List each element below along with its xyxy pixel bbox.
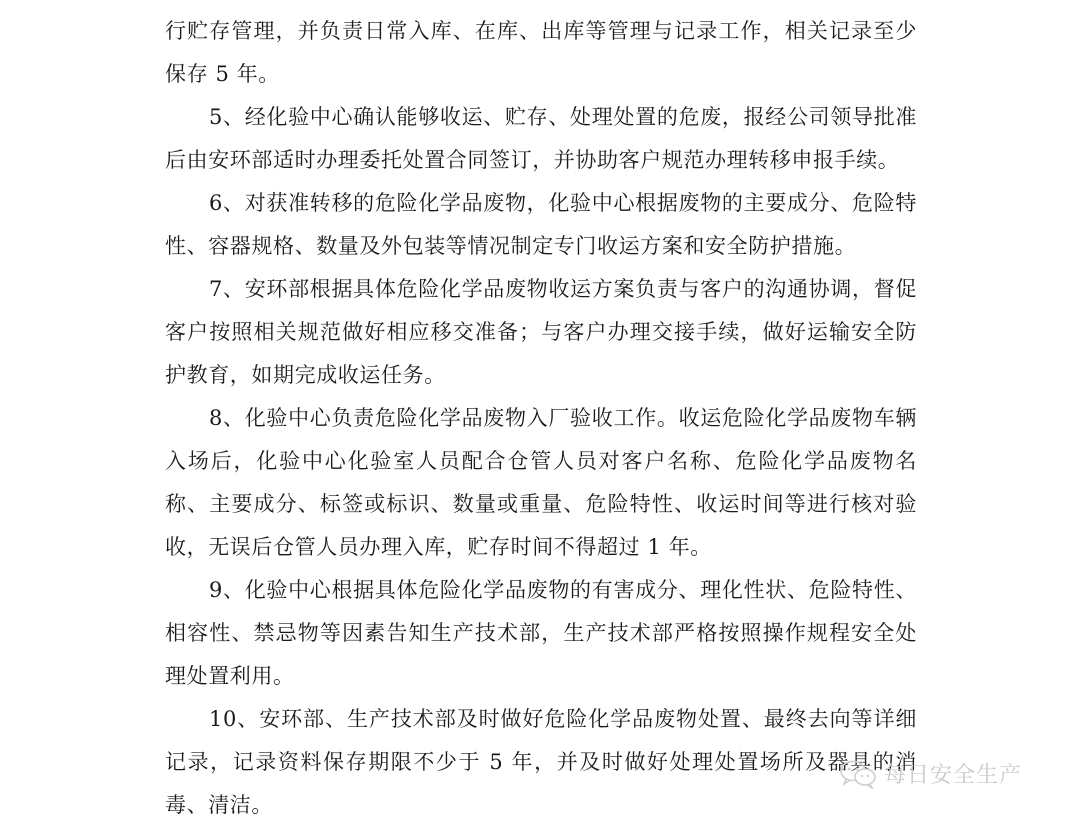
document-body: 行贮存管理，并负责日常入库、在库、出库等管理与记录工作，相关记录至少保存 5 年… <box>165 10 917 825</box>
paragraph-continuation: 行贮存管理，并负责日常入库、在库、出库等管理与记录工作，相关记录至少保存 5 年… <box>165 10 917 96</box>
watermark: 每日安全生产 <box>838 758 1022 789</box>
paragraph-item-5: 5、经化验中心确认能够收运、贮存、处理处置的危废，报经公司领导批准后由安环部适时… <box>165 96 917 182</box>
paragraph-item-7: 7、安环部根据具体危险化学品废物收运方案负责与客户的沟通协调，督促客户按照相关规… <box>165 268 917 397</box>
paragraph-item-9: 9、化验中心根据具体危险化学品废物的有害成分、理化性状、危险特性、相容性、禁忌物… <box>165 569 917 698</box>
paragraph-item-6: 6、对获准转移的危险化学品废物，化验中心根据废物的主要成分、危险特性、容器规格、… <box>165 182 917 268</box>
paragraph-item-8: 8、化验中心负责危险化学品废物入厂验收工作。收运危险化学品废物车辆入场后，化验中… <box>165 397 917 569</box>
paragraph-item-10: 10、安环部、生产技术部及时做好危险化学品废物处置、最终去向等详细记录，记录资料… <box>165 698 917 825</box>
wechat-icon <box>838 759 878 789</box>
watermark-text: 每日安全生产 <box>884 758 1022 789</box>
